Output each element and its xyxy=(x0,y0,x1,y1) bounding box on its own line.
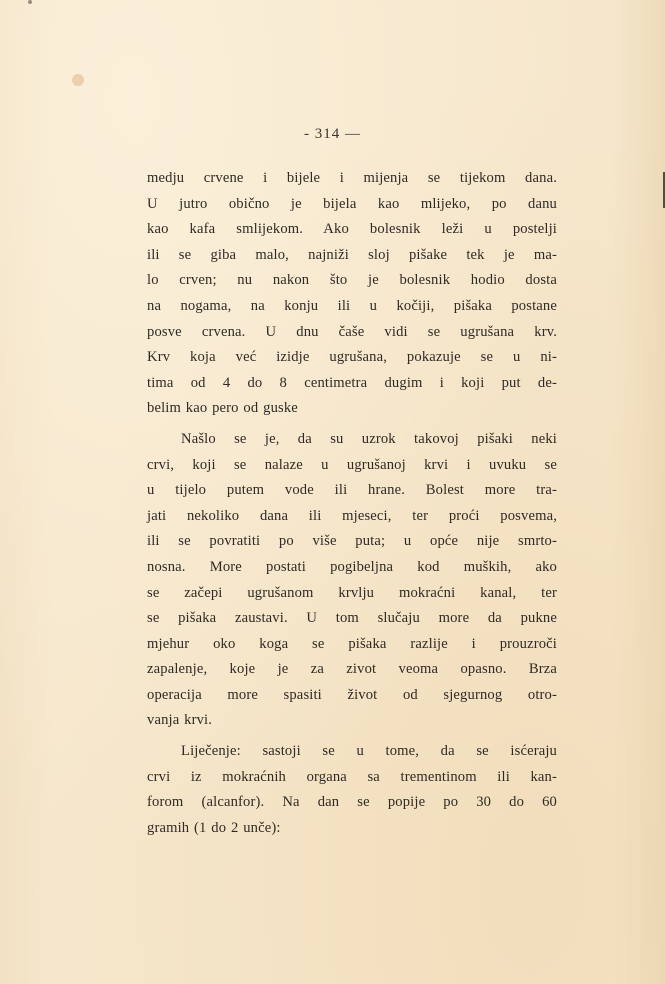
text-line: tima od 4 do 8 centimetra dugim i koji p… xyxy=(147,371,557,397)
text-line: vanja krvi. xyxy=(147,708,557,734)
text-line: Našlo se je, da su uzrok takovoj pišaki … xyxy=(147,427,557,453)
paragraph: medju crvene i bijele i mijenja se tijek… xyxy=(147,166,557,422)
paper-stain xyxy=(72,74,84,86)
text-line: belim kao pero od guske xyxy=(147,396,557,422)
text-line: crvi iz mokraćnih organa sa trementinom … xyxy=(147,765,557,791)
text-line: nosna. More postati pogibeljna kod muški… xyxy=(147,555,557,581)
text-line: operacija more spasiti život od sjegurno… xyxy=(147,683,557,709)
text-line: se začepi ugrušanom krvlju mokraćni kana… xyxy=(147,581,557,607)
text-line: Liječenje: sastoji se u tome, da se isće… xyxy=(147,739,557,765)
text-line: mjehur oko koga se pišaka razlije i prou… xyxy=(147,632,557,658)
text-line: gramih (1 do 2 unče): xyxy=(147,816,557,842)
text-line: se pišaka zaustavi. U tom slučaju more d… xyxy=(147,606,557,632)
page-number: - 314 — xyxy=(0,126,665,143)
text-line: U jutro obično je bijela kao mlijeko, po… xyxy=(147,192,557,218)
text-line: jati nekoliko dana ili mjeseci, ter proć… xyxy=(147,504,557,530)
text-line: kao kafa smlijekom. Ako bolesnik leži u … xyxy=(147,217,557,243)
text-line: ili se giba malo, najniži sloj pišake te… xyxy=(147,243,557,269)
text-line: medju crvene i bijele i mijenja se tijek… xyxy=(147,166,557,192)
text-line: u tijelo putem vode ili hrane. Bolest mo… xyxy=(147,478,557,504)
text-line: na nogama, na konju ili u kočiji, pišaka… xyxy=(147,294,557,320)
text-line: ili se povratiti po više puta; u opće ni… xyxy=(147,529,557,555)
text-line: zapalenje, koje je za zivot veoma opasno… xyxy=(147,657,557,683)
paper-stain xyxy=(28,0,32,4)
body-text: medju crvene i bijele i mijenja se tijek… xyxy=(147,166,557,841)
text-line: Krv koja već izidje ugrušana, pokazuje s… xyxy=(147,345,557,371)
paragraph: Našlo se je, da su uzrok takovoj pišaki … xyxy=(147,427,557,734)
paragraph: Liječenje: sastoji se u tome, da se isće… xyxy=(147,739,557,841)
text-line: lo crven; nu nakon što je bolesnik hodio… xyxy=(147,268,557,294)
text-line: posve crvena. U dnu čaše vidi se ugrušan… xyxy=(147,320,557,346)
book-page: - 314 — medju crvene i bijele i mijenja … xyxy=(0,0,665,984)
text-line: crvi, koji se nalaze u ugrušanoj krvi i … xyxy=(147,453,557,479)
text-line: forom (alcanfor). Na dan se popije po 30… xyxy=(147,790,557,816)
